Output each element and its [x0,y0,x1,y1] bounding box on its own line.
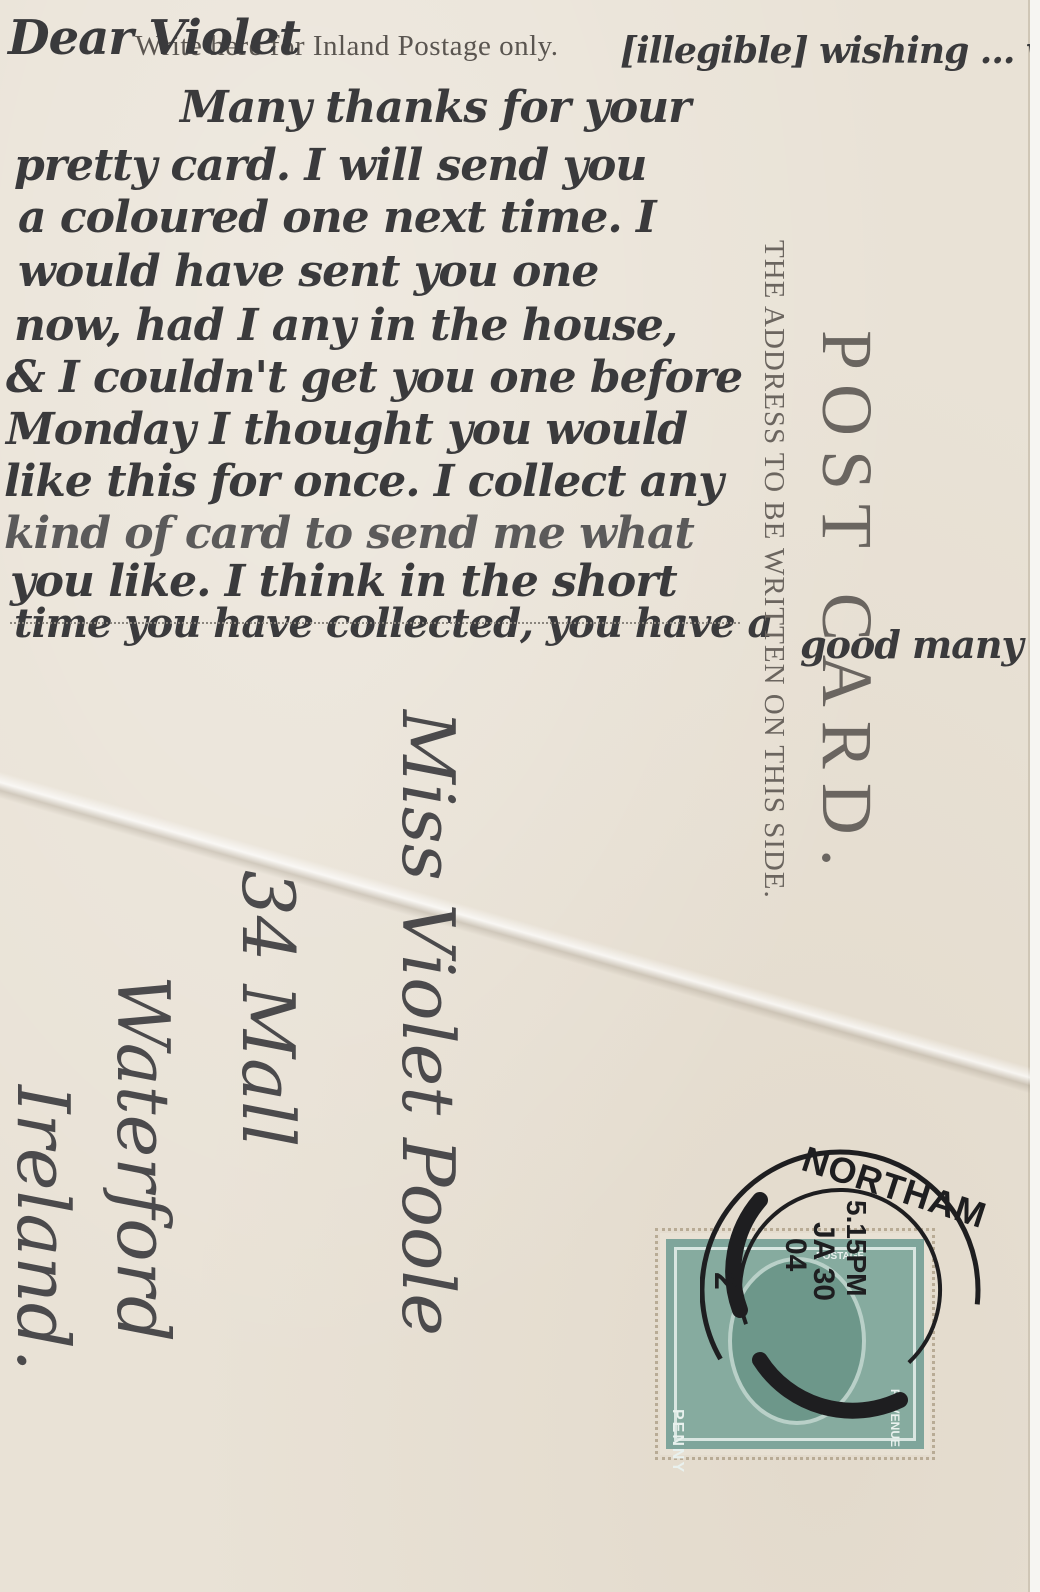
scanner-background [1030,0,1040,1592]
message-line-8: like this for once. I collect any [4,456,723,507]
address-line-name: Miss Violet Poole [386,710,470,1336]
top-right-note: [illegible] wishing ... with [620,30,1040,72]
address-instruction: THE ADDRESS TO BE WRITTEN ON THIS SIDE. [757,240,790,899]
message-line-9: kind of card to send me what [4,508,694,559]
message-line-3: a coloured one next time. I [18,192,656,243]
message-line-6: & I couldn't get you one before [6,352,742,403]
address-line-street: 34 Mall [226,870,310,1147]
postcard: Write here for Inland Postage only. Dear… [0,0,1030,1592]
address-line-city: Waterford [101,975,185,1342]
post-card-title: POST CARD. [805,330,888,881]
message-line-7: Monday I thought you would [6,404,687,455]
message-line-4: would have sent you one [18,246,598,297]
message-line-5: now, had I any in the house, [14,300,677,351]
postmark-year: 04 [778,1238,812,1271]
postmark: NORTHAM 5.15PM JA 30 04 2 [700,1140,1000,1440]
salutation: Dear Violet [8,10,300,66]
postmark-time: 5.15PM [840,1200,872,1297]
message-line-1: Many thanks for your [180,82,690,133]
address-line-country: Ireland. [1,1085,85,1372]
divider-dotted-line [10,622,740,624]
postmark-code: 2 [707,1272,744,1290]
stamp-label-left: PENNY [668,1409,686,1474]
message-line-2: pretty card. I will send you [14,140,646,191]
